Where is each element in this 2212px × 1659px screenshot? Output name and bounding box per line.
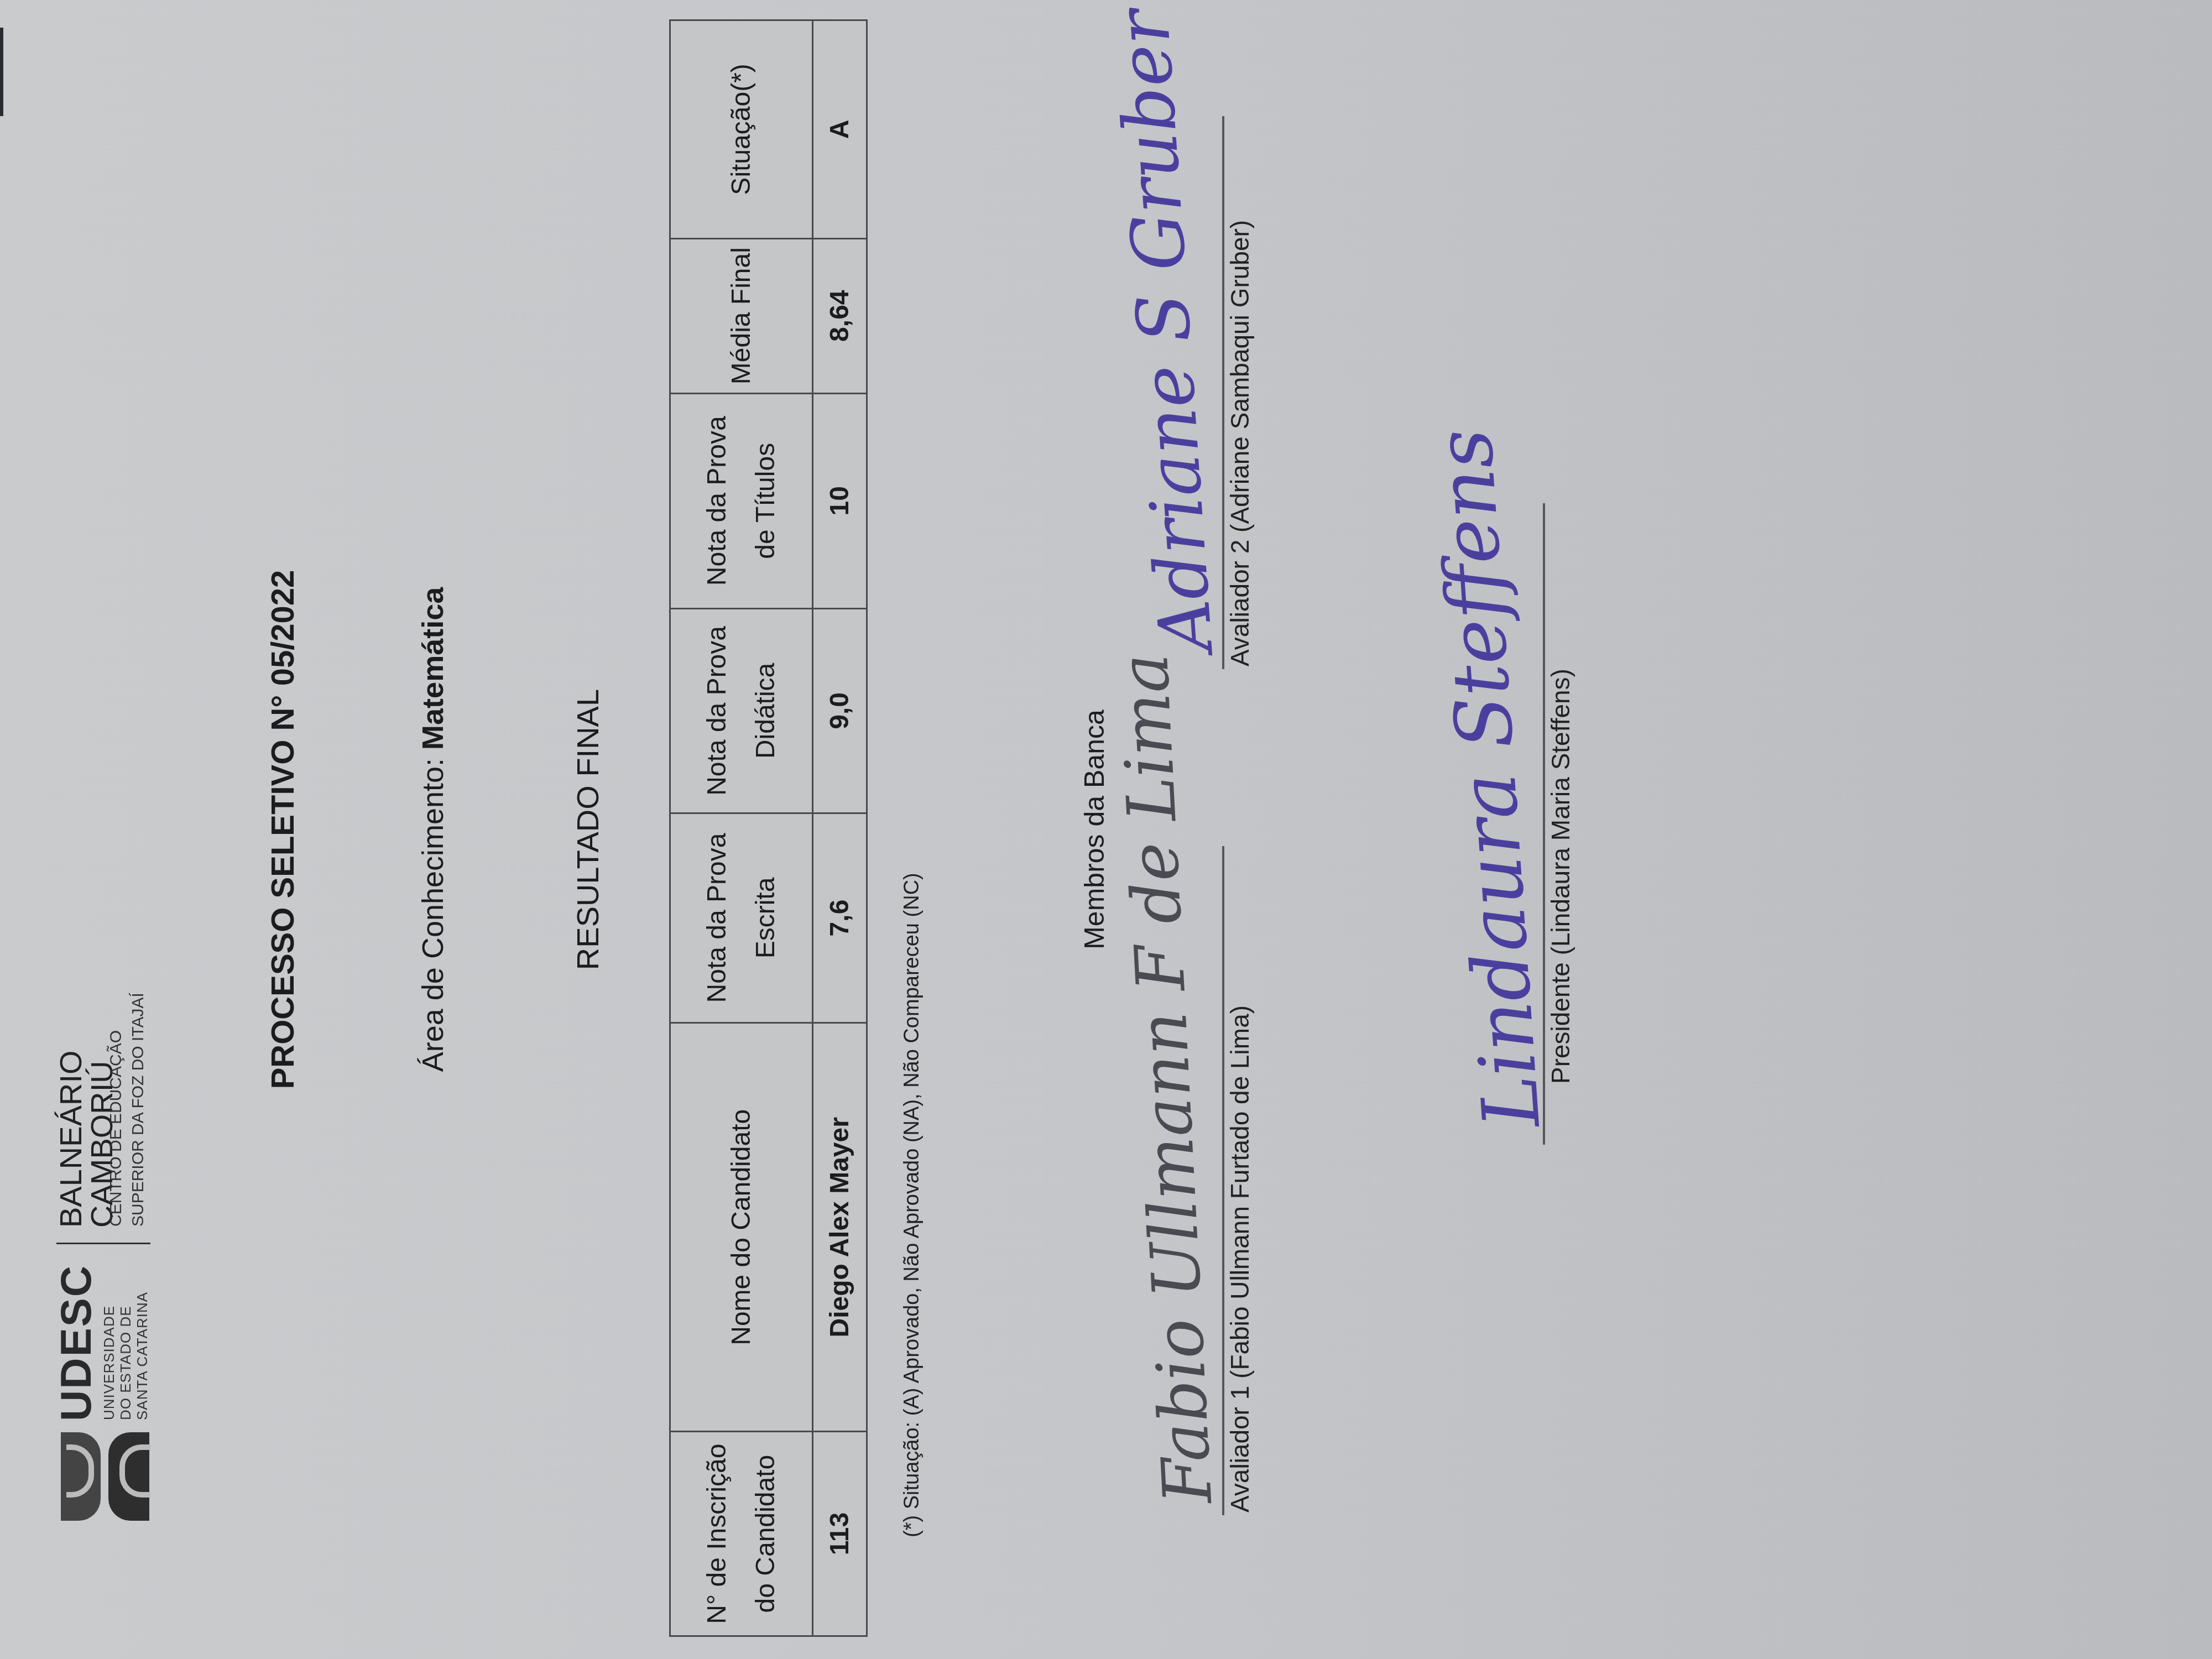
header-situacao: Situação(*) xyxy=(670,20,813,239)
logo-wordmark: UDESC xyxy=(54,1265,97,1421)
signature-line-presidente xyxy=(1543,503,1545,1145)
table-row: 113 Diego Alex Mayer 7,6 9,0 10 8,64 A xyxy=(813,20,867,1636)
cell-prova-didatica: 9,0 xyxy=(813,609,867,813)
udesc-logo-icon xyxy=(61,1432,149,1521)
cell-prova-titulos: 10 xyxy=(813,393,867,609)
table-header-row: N° de Inscrição do Candidato Nome do Can… xyxy=(670,20,813,1636)
signature-presidente: Lindaura Steffens xyxy=(1419,426,1558,1130)
cell-nome: Diego Alex Mayer xyxy=(813,1023,867,1432)
cell-situacao: A xyxy=(813,20,867,239)
document-title: PROCESSO SELETIVO N° 05/2022 xyxy=(264,0,301,1659)
committee-title: Membros da Banca xyxy=(1078,0,1110,1659)
signature-avaliador-1: Fabio Ullmann F de Lima xyxy=(1106,651,1227,1505)
header-media-final: Média Final xyxy=(670,238,813,393)
label-presidente: Presidente (Lindaura Maria Steffens) xyxy=(1546,669,1575,1084)
signature-line-avaliador-2 xyxy=(1222,116,1224,669)
section-title: RESULTADO FINAL xyxy=(570,0,606,1659)
center-name: CENTRO DE EDUCAÇÃO SUPERIOR DA FOZ DO IT… xyxy=(105,993,149,1227)
label-avaliador-2: Avaliador 2 (Adriane Sambaqui Gruber) xyxy=(1225,220,1255,666)
signature-line-avaliador-1 xyxy=(1222,846,1224,1515)
footnote: (*) Situação: (A) Aprovado, Não Aprovado… xyxy=(900,873,924,1537)
logo-divider xyxy=(56,1243,150,1244)
cell-media-final: 8,64 xyxy=(813,238,867,393)
results-table: N° de Inscrição do Candidato Nome do Can… xyxy=(669,19,868,1637)
header-prova-titulos: Nota da Prova de Títulos xyxy=(670,393,813,609)
knowledge-area: Área de Conhecimento: Matemática xyxy=(416,0,450,1659)
signature-avaliador-2: Adriane S Gruber xyxy=(1100,7,1229,654)
header-logo: UDESC UNIVERSIDADE DO ESTADO DE SANTA CA… xyxy=(50,885,160,1521)
logo-subtitle: UNIVERSIDADE DO ESTADO DE SANTA CATARINA xyxy=(101,1292,150,1420)
knowledge-area-value: Matemática xyxy=(416,587,450,750)
header-inscricao: N° de Inscrição do Candidato xyxy=(670,1432,813,1636)
cell-inscricao: 113 xyxy=(813,1432,867,1636)
document-page: UDESC UNIVERSIDADE DO ESTADO DE SANTA CA… xyxy=(0,0,2212,1659)
header-prova-escrita: Nota da Prova Escrita xyxy=(670,813,813,1023)
label-avaliador-1: Avaliador 1 (Fabio Ullmann Furtado de Li… xyxy=(1225,1005,1255,1512)
header-nome: Nome do Candidato xyxy=(670,1023,813,1432)
knowledge-area-label: Área de Conhecimento: xyxy=(416,750,450,1072)
header-prova-didatica: Nota da Prova Didática xyxy=(670,609,813,813)
cell-prova-escrita: 7,6 xyxy=(813,813,867,1023)
